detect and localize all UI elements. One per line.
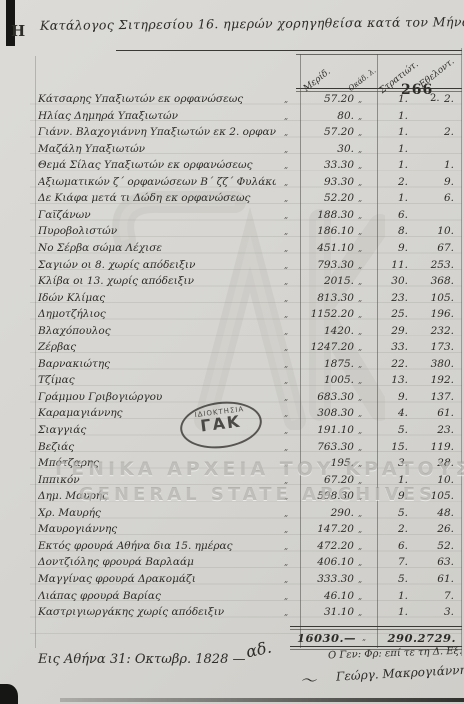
row-officers-count: 1. — [360, 590, 408, 602]
row-amount: 793.30 — [280, 259, 354, 271]
table-row: Κάτσαρης Υπαξιωτών εκ ορφανώσεως „ 57.20… — [0, 93, 464, 109]
row-officers-count: 1. — [360, 126, 408, 138]
row-label: Θεμά Σίλας Υπαξιωτών εκ ορφανώσεως — [38, 159, 276, 171]
row-label: Αξιωματικών ζ΄ ορφανώσεων Β΄ ζζ΄ Φυλάκων — [38, 176, 276, 188]
row-officers-count: 15. — [360, 441, 408, 453]
table-row: Ιδών Κλίμας „ 813.30 „ 23. 105. — [0, 292, 464, 308]
row-amount: 763.30 — [280, 441, 354, 453]
row-amount: 80. — [280, 110, 354, 122]
row-label: Ζέρβας — [38, 341, 276, 353]
row-soldiers-count: 48. — [408, 507, 454, 519]
row-amount: 52.20 — [280, 192, 354, 204]
row-officers-count: 9. — [360, 391, 408, 403]
table-row: Εκτός φρουρά Αθήνα δια 15. ημέρας „ 472.… — [0, 540, 464, 556]
row-amount: 290. — [280, 507, 354, 519]
row-amount: 308.30 — [280, 407, 354, 419]
row-label: Σαγιών οι 8. χωρίς απόδειξιν — [38, 259, 276, 271]
row-soldiers-count: 173. — [408, 341, 454, 353]
table-rows: Κάτσαρης Υπαξιωτών εκ ορφανώσεως „ 57.20… — [0, 0, 464, 704]
table-row: Γιάνν. Βλαχογιάννη Υπαξιωτών εκ 2. ορφαν… — [0, 126, 464, 142]
row-amount: 93.30 — [280, 176, 354, 188]
row-amount: 1420. — [280, 325, 354, 337]
row-label: Ηλίας Δημηρά Υπαξιωτών — [38, 110, 276, 122]
row-officers-count: 25. — [360, 308, 408, 320]
row-soldiers-count: 1. — [408, 159, 454, 171]
row-amount: 451.10 — [280, 242, 354, 254]
row-soldiers-count: 3. — [408, 606, 454, 618]
row-soldiers-count: 2. — [408, 93, 454, 105]
table-row: Ζέρβας „ 1247.20 „ 33. 173. — [0, 341, 464, 357]
row-soldiers-count: 2. — [408, 126, 454, 138]
row-label: Μαζάλη Υπαξιωτών — [38, 143, 276, 155]
totals-rule-top-1 — [290, 626, 462, 627]
row-amount: 1875. — [280, 358, 354, 370]
row-soldiers-count: 67. — [408, 242, 454, 254]
row-label: Μαγγίνας φρουρά Δρακομάζι — [38, 573, 276, 585]
row-officers-count: 2. — [360, 523, 408, 535]
row-officers-count: 23. — [360, 292, 408, 304]
row-label: Κλίβα οι 13. χωρίς απόδειξιν — [38, 275, 276, 287]
row-soldiers-count: 63. — [408, 556, 454, 568]
row-officers-count: 6. — [360, 209, 408, 221]
row-label: Τζίμας — [38, 374, 276, 386]
row-label: Δε Κιάφα μετά τι Δώδη εκ ορφανώσεως — [38, 192, 276, 204]
table-row: Καστριγιωργάκης χωρίς απόδειξιν „ 31.10 … — [0, 606, 464, 622]
row-officers-count: 1. — [360, 110, 408, 122]
table-row: Τζίμας „ 1005. „ 13. 192. — [0, 374, 464, 390]
row-label: Νο Σέρβα σώμα Λέχισε — [38, 242, 276, 254]
row-amount: 188.30 — [280, 209, 354, 221]
row-amount: 2015. — [280, 275, 354, 287]
row-officers-count: 6. — [360, 540, 408, 552]
total-counts: 290.2729. — [368, 631, 456, 645]
table-row: Μαγγίνας φρουρά Δρακομάζι „ 333.30 „ 5. … — [0, 573, 464, 589]
watermark-english: GENERAL STATE ARCHIVES — [55, 484, 460, 505]
table-row: Κλίβα οι 13. χωρίς απόδειξιν „ 2015. „ 3… — [0, 275, 464, 291]
row-label: Δημοτζήλιος — [38, 308, 276, 320]
row-amount: 191.10 — [280, 424, 354, 436]
table-row: Δοντζιόλης φρουρά Βαρλαάμ „ 406.10 „ 7. … — [0, 556, 464, 572]
row-officers-count: 13. — [360, 374, 408, 386]
row-soldiers-count: 6. — [408, 192, 454, 204]
row-amount: 1247.20 — [280, 341, 354, 353]
row-label: Χρ. Μαυρής — [38, 507, 276, 519]
row-amount: 33.30 — [280, 159, 354, 171]
row-amount: 31.10 — [280, 606, 354, 618]
row-label: Καστριγιωργάκης χωρίς απόδειξιν — [38, 606, 276, 618]
row-amount: 683.30 — [280, 391, 354, 403]
row-label: Γαϊζάνων — [38, 209, 276, 221]
row-label: Βαρνακιώτης — [38, 358, 276, 370]
row-officers-count: 22. — [360, 358, 408, 370]
row-amount: 406.10 — [280, 556, 354, 568]
row-label: Εκτός φρουρά Αθήνα δια 15. ημέρας — [38, 540, 276, 552]
signature-flourish: 〜 — [300, 668, 316, 691]
row-amount: 1152.20 — [280, 308, 354, 320]
row-label: Δοντζιόλης φρουρά Βαρλαάμ — [38, 556, 276, 568]
table-row: Χρ. Μαυρής „ 290. „ 5. 48. — [0, 507, 464, 523]
totals-rule-top-2 — [290, 629, 462, 630]
row-label: Βλαχόπουλος — [38, 325, 276, 337]
row-amount: 813.30 — [280, 292, 354, 304]
table-row: Μαζάλη Υπαξιωτών „ 30. „ 1. — [0, 143, 464, 159]
row-label: Ιδών Κλίμας — [38, 292, 276, 304]
row-label: Κάτσαρης Υπαξιωτών εκ ορφανώσεως — [38, 93, 276, 105]
row-soldiers-count: 26. — [408, 523, 454, 535]
row-soldiers-count: 105. — [408, 292, 454, 304]
row-soldiers-count: 61. — [408, 407, 454, 419]
row-officers-count: 5. — [360, 507, 408, 519]
row-soldiers-count: 10. — [408, 225, 454, 237]
table-row: Πυροβολιστών „ 186.10 „ 8. 10. — [0, 225, 464, 241]
table-row: Μαυρογιάννης „ 147.20 „ 2. 26. — [0, 523, 464, 539]
row-amount: 186.10 — [280, 225, 354, 237]
row-amount: 46.10 — [280, 590, 354, 602]
table-row: Βαρνακιώτης „ 1875. „ 22. 380. — [0, 358, 464, 374]
row-officers-count: 11. — [360, 259, 408, 271]
row-soldiers-count: 61. — [408, 573, 454, 585]
row-soldiers-count: 119. — [408, 441, 454, 453]
row-label: Γιάνν. Βλαχογιάννη Υπαξιωτών εκ 2. ορφαν… — [38, 126, 276, 138]
row-soldiers-count: 9. — [408, 176, 454, 188]
row-officers-count: 2. — [360, 176, 408, 188]
row-soldiers-count: 52. — [408, 540, 454, 552]
row-soldiers-count: 192. — [408, 374, 454, 386]
row-soldiers-count: 23. — [408, 424, 454, 436]
table-row: Νο Σέρβα σώμα Λέχισε „ 451.10 „ 9. 67. — [0, 242, 464, 258]
row-label: Μαυρογιάννης — [38, 523, 276, 535]
row-officers-count: 7. — [360, 556, 408, 568]
row-soldiers-count: 380. — [408, 358, 454, 370]
ditto-mark: „ — [362, 633, 366, 642]
row-soldiers-count: 368. — [408, 275, 454, 287]
table-row: Ηλίας Δημηρά Υπαξιωτών „ 80. „ 1. — [0, 110, 464, 126]
row-amount: 57.20 — [280, 93, 354, 105]
row-amount: 333.30 — [280, 573, 354, 585]
table-row: Γαϊζάνων „ 188.30 „ 6. — [0, 209, 464, 225]
row-label: Γράμμου Γριβογιώργου — [38, 391, 276, 403]
row-officers-count: 5. — [360, 424, 408, 436]
row-officers-count: 1. — [360, 606, 408, 618]
table-row: Λιάπας φρουρά Βαρίας „ 46.10 „ 1. 7. — [0, 590, 464, 606]
table-row: Σαγιών οι 8. χωρίς απόδειξιν „ 793.30 „ … — [0, 259, 464, 275]
row-soldiers-count: 253. — [408, 259, 454, 271]
row-label: Πυροβολιστών — [38, 225, 276, 237]
watermark-greek: ΓΕΝΙΚΑ ΑΡΧΕΙΑ ΤΟΥ ΚΡΑΤΟΥΣ — [55, 458, 460, 480]
table-row: Θεμά Σίλας Υπαξιωτών εκ ορφανώσεως „ 33.… — [0, 159, 464, 175]
table-row: Βλαχόπουλος „ 1420. „ 29. 232. — [0, 325, 464, 341]
row-officers-count: 1. — [360, 93, 408, 105]
total-amount: 16030.— — [280, 631, 356, 645]
row-officers-count: 33. — [360, 341, 408, 353]
row-label: Λιάπας φρουρά Βαρίας — [38, 590, 276, 602]
row-officers-count: 9. — [360, 242, 408, 254]
table-row: Αξιωματικών ζ΄ ορφανώσεων Β΄ ζζ΄ Φυλάκων… — [0, 176, 464, 192]
row-officers-count: 1. — [360, 143, 408, 155]
table-row: Δημοτζήλιος „ 1152.20 „ 25. 196. — [0, 308, 464, 324]
table-row: Δε Κιάφα μετά τι Δώδη εκ ορφανώσεως „ 52… — [0, 192, 464, 208]
row-officers-count: 1. — [360, 159, 408, 171]
row-soldiers-count: 232. — [408, 325, 454, 337]
row-amount: 147.20 — [280, 523, 354, 535]
row-amount: 472.20 — [280, 540, 354, 552]
place-date-line: Εις Αθήνα 31: Οκτωβρ. 1828 — — [38, 652, 246, 667]
row-officers-count: 29. — [360, 325, 408, 337]
row-amount: 1005. — [280, 374, 354, 386]
row-soldiers-count: 7. — [408, 590, 454, 602]
row-officers-count: 4. — [360, 407, 408, 419]
row-officers-count: 30. — [360, 275, 408, 287]
row-amount: 57.20 — [280, 126, 354, 138]
row-amount: 30. — [280, 143, 354, 155]
row-officers-count: 1. — [360, 192, 408, 204]
row-soldiers-count: 137. — [408, 391, 454, 403]
row-soldiers-count: 196. — [408, 308, 454, 320]
row-officers-count: 5. — [360, 573, 408, 585]
manuscript-page: H Κατάλογος Σιτηρεσίου 16. ημερών χορηγη… — [0, 0, 464, 704]
row-officers-count: 8. — [360, 225, 408, 237]
